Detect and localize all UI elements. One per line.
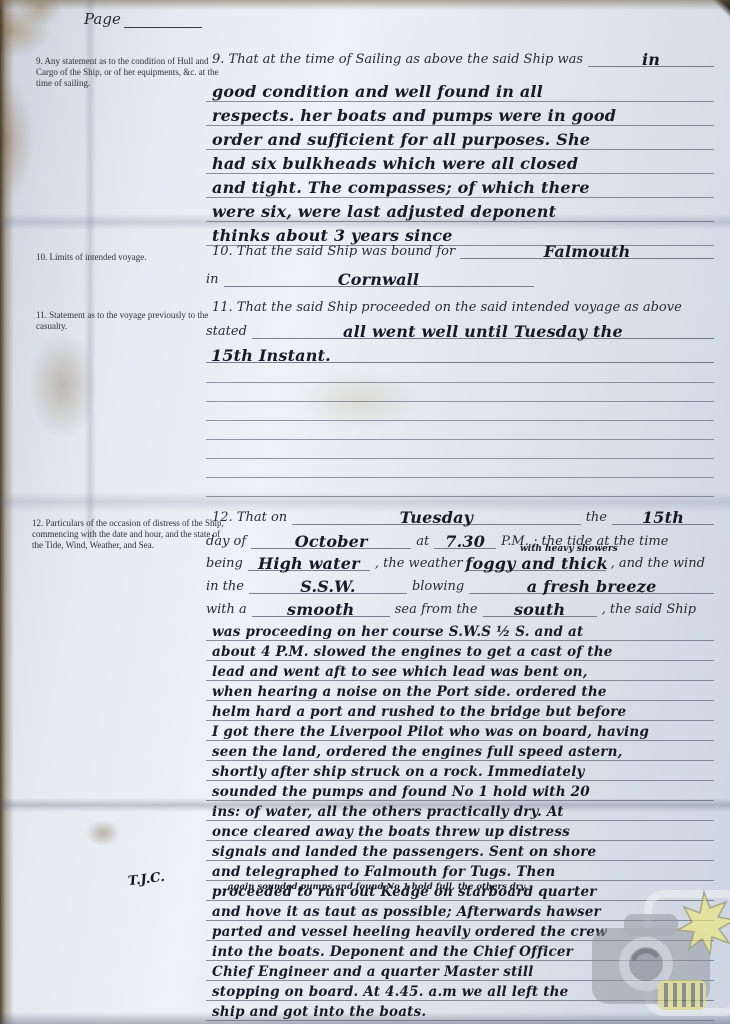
handwritten-line: signals and landed the passengers. Sent …: [206, 841, 714, 861]
handwritten-entry: in: [642, 52, 660, 68]
answer-field: foggy and thick with heavy showers: [468, 554, 606, 571]
handwritten-entry: south: [514, 602, 565, 618]
printed-text: blowing: [412, 579, 464, 594]
form-line-12a: 12. That on Tuesday the 15th: [212, 508, 714, 525]
handwritten-entry: Cornwall: [338, 272, 419, 288]
blank-ruled-line: [206, 459, 714, 478]
handwritten-entry: a fresh breeze: [527, 579, 657, 595]
handwritten-entry: Falmouth: [544, 244, 631, 260]
printed-text: , the said Ship: [602, 602, 696, 617]
handwritten-line: ins: of water, all the others practicall…: [206, 801, 714, 821]
handwritten-entry: Tuesday: [400, 510, 474, 526]
printed-text: the: [586, 510, 607, 525]
form-line-12e: with a smooth sea from the south , the s…: [206, 600, 714, 617]
handwritten-entry: 15th: [642, 510, 684, 526]
handwritten-entry: all went well until Tuesday the: [343, 324, 623, 340]
printed-text-11: 11. That the said Ship proceeded on the …: [212, 300, 682, 315]
printed-text-9: 9. That at the time of Sailing as above …: [212, 52, 583, 67]
handwritten-line: about 4 P.M. slowed the engines to get a…: [206, 641, 714, 661]
scan-edge-left: [0, 0, 14, 1024]
printed-text-10b: in: [206, 272, 219, 287]
paper-stain: [28, 330, 98, 440]
camera-watermark-icon: [586, 880, 730, 1024]
answer-field: 7.30: [434, 532, 496, 549]
margin-note-11: 11. Statement as to the voyage previousl…: [36, 310, 224, 332]
form-line-12d: in the S.S.W. blowing a fresh breeze: [206, 577, 714, 594]
answer-field: Tuesday: [292, 508, 581, 525]
handwritten-line: when hearing a noise on the Port side. o…: [206, 681, 714, 701]
handwritten-line: was proceeding on her course S.W.S ½ S. …: [206, 621, 714, 641]
blank-ruled-line: [206, 364, 714, 383]
blank-lines-block: [206, 364, 714, 497]
printed-text: at: [416, 534, 429, 549]
form-line-9: 9. That at the time of Sailing as above …: [212, 50, 714, 67]
handwritten-line: and tight. The compasses; of which there: [206, 174, 714, 198]
printed-text: sea from the: [395, 602, 478, 617]
margin-note-9: 9. Any statement as to the condition of …: [36, 56, 224, 89]
margin-note-12: 12. Particulars of the occasion of distr…: [32, 518, 228, 551]
handwritten-entry: October: [295, 534, 368, 550]
form-line-10: 10. That the said Ship was bound for Fal…: [212, 242, 714, 259]
handwritten-entry: S.S.W.: [300, 579, 355, 595]
answer-field: Cornwall: [224, 270, 534, 287]
answer-field: all went well until Tuesday the: [252, 322, 714, 339]
handwritten-line: seen the land, ordered the engines full …: [206, 741, 714, 761]
handwritten-line: were six, were last adjusted deponent: [206, 198, 714, 222]
printed-text: , and the wind: [611, 556, 705, 571]
answer-field: October: [251, 532, 411, 549]
printed-text-10: 10. That the said Ship was bound for: [212, 244, 455, 259]
blank-ruled-line: [206, 383, 714, 402]
handwritten-entry: High water: [258, 556, 360, 572]
handwritten-entry: 7.30: [445, 534, 485, 550]
handwritten-entry: smooth: [287, 602, 355, 618]
scan-edge-top: [0, 0, 730, 10]
blank-ruled-line: [206, 421, 714, 440]
form-line-11: 11. That the said Ship proceeded on the …: [212, 300, 714, 315]
margin-note-10: 10. Limits of intended voyage.: [36, 252, 216, 263]
form-line-11b: stated all went well until Tuesday the: [206, 322, 714, 339]
answer-field: High water: [248, 554, 370, 571]
answer-field: S.S.W.: [249, 577, 407, 594]
answer-field: a fresh breeze: [469, 577, 714, 594]
blank-ruled-line: [206, 402, 714, 421]
page-number-blank: [124, 13, 202, 28]
form-line-12b: day of October at 7.30 P.M. ; the tide a…: [206, 532, 714, 549]
form-line-11c: 15th Instant.: [206, 346, 714, 363]
answer-field: in: [588, 50, 714, 67]
blank-ruled-line: [206, 478, 714, 497]
handwritten-line: lead and went aft to see which lead was …: [206, 661, 714, 681]
scanned-deposition-page: { "colors": { "paper": "#e2e7ef", "print…: [0, 0, 730, 1024]
interlined-insertion: again sounded pumps and found No 1 hold …: [228, 882, 527, 892]
handwritten-line: I got there the Liverpool Pilot who was …: [206, 721, 714, 741]
printed-text: , the weather: [375, 556, 463, 571]
answer-field: south: [483, 600, 597, 617]
printed-text: 12. That on: [212, 510, 287, 525]
handwritten-line: good condition and well found in all: [206, 78, 714, 102]
answer-block-9: good condition and well found in all res…: [206, 78, 714, 246]
blank-ruled-line: [206, 440, 714, 459]
form-line-10b: in Cornwall: [206, 270, 708, 287]
handwritten-line: had six bulkheads which were all closed: [206, 150, 714, 174]
printed-text: with a: [206, 602, 247, 617]
interlined-insertion: with heavy showers: [520, 545, 618, 554]
handwritten-line: sounded the pumps and found No 1 hold wi…: [206, 781, 714, 801]
handwritten-entry: foggy and thick: [465, 556, 607, 572]
handwritten-entry: 15th Instant.: [211, 348, 331, 364]
handwritten-line: order and sufficient for all purposes. S…: [206, 126, 714, 150]
scan-stain-top-left: [0, 0, 120, 210]
handwritten-line: helm hard a port and rushed to the bridg…: [206, 701, 714, 721]
handwritten-line: and telegraphed to Falmouth for Tugs. Th…: [206, 861, 714, 881]
form-line-12c: being High water , the weather foggy and…: [206, 554, 714, 571]
answer-field: 15th Instant.: [206, 346, 714, 363]
answer-field: smooth: [252, 600, 390, 617]
printed-text-11b: stated: [206, 324, 247, 339]
paper-stain: [86, 820, 120, 846]
handwritten-line: respects. her boats and pumps were in go…: [206, 102, 714, 126]
handwritten-line: shortly after ship struck on a rock. Imm…: [206, 761, 714, 781]
printed-text: in the: [206, 579, 244, 594]
answer-field: 15th: [612, 508, 714, 525]
printed-text: being: [206, 556, 243, 571]
handwritten-line: once cleared away the boats threw up dis…: [206, 821, 714, 841]
printed-text: day of: [206, 534, 246, 549]
page-number-label: Page: [84, 10, 121, 28]
answer-field: Falmouth: [460, 242, 714, 259]
page-number-row: Page: [84, 10, 202, 28]
